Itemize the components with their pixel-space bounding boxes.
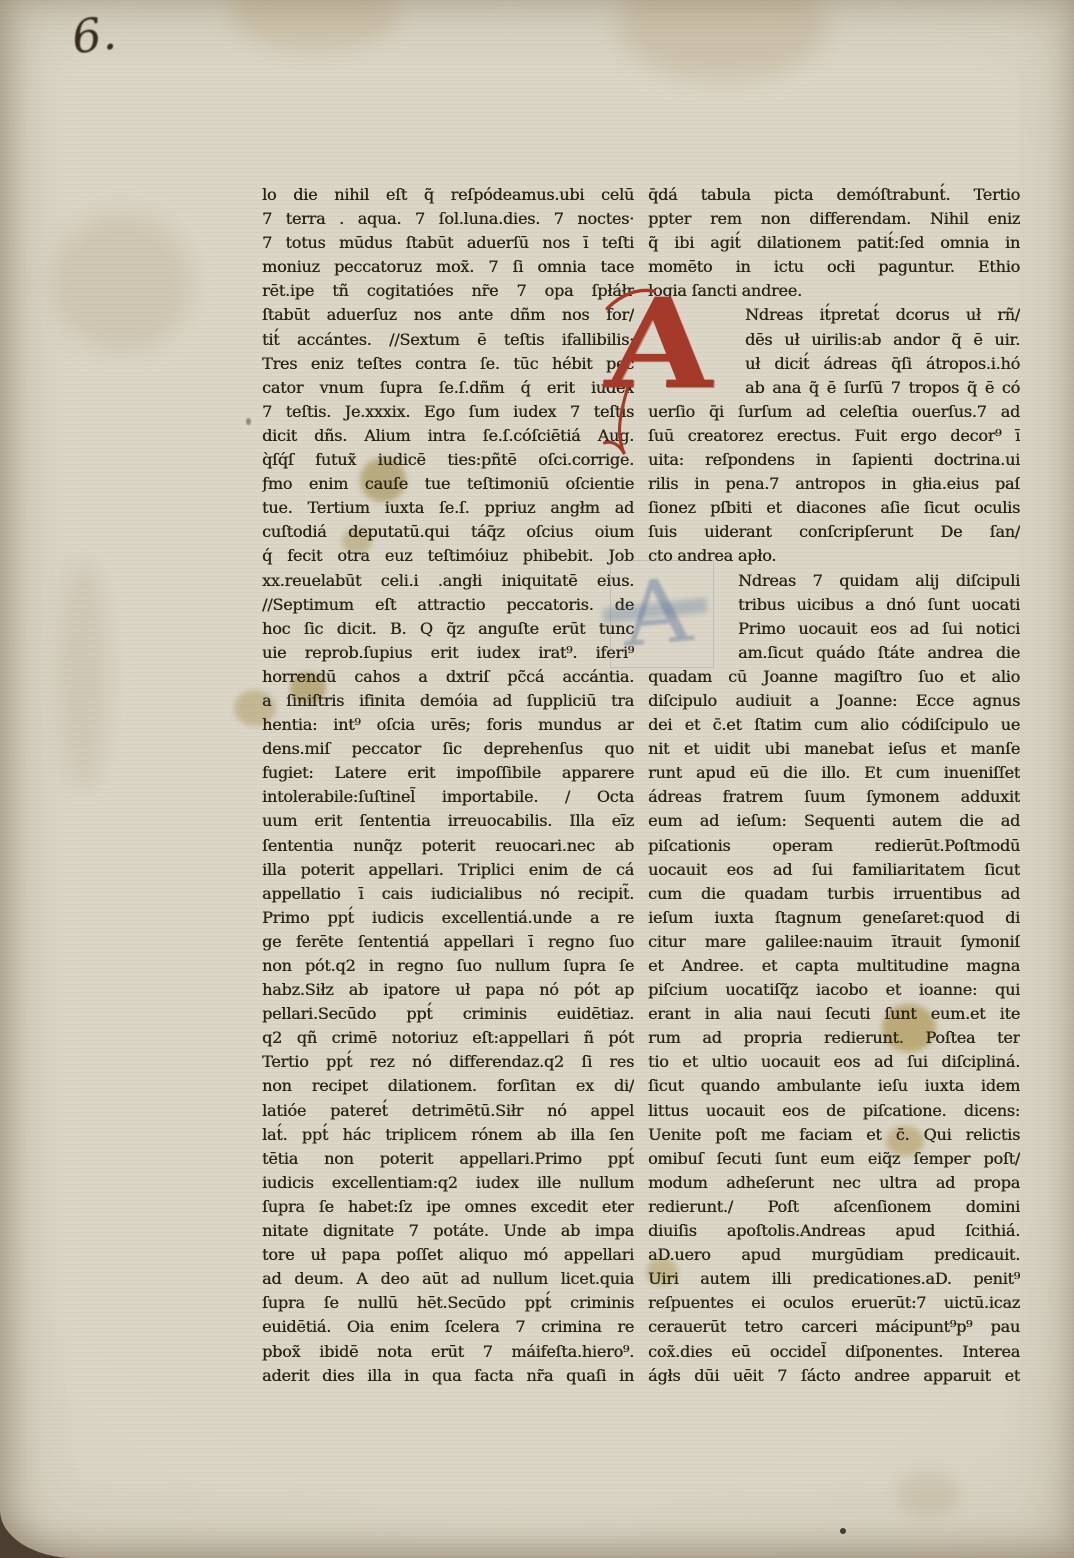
text-line: q̄dá tabula picta demóſtrabunt́. Tertio (648, 183, 1020, 207)
text-line: rēt.ipe tñ cogitatióes nr̃e 7 opa ſpłáłr (262, 279, 634, 303)
text-line: ieſum iuxta ſtagnum geneſaret:quod di (648, 906, 1020, 930)
text-line: illa poterit appellari. Triplici enim de… (262, 858, 634, 882)
text-line: reſpuentes ei oculos eruerūt:7 uictū.ica… (648, 1291, 1020, 1315)
text-line: ágłs dūi uēit 7 ſácto andree apparuit et (648, 1364, 1020, 1388)
ghost-initial-letter: A (618, 560, 695, 666)
text-line: non recipet dilationem. forſitan ex di/ (262, 1074, 634, 1098)
text-line: dicit dñs. Alium intra ſe.ſ.cóſciētiá Au… (262, 424, 634, 448)
text-line: diuiſis apoſtolis.Andreas apud ſcithiá. (648, 1219, 1020, 1243)
text-line: littus uocauit eos de piſcatione. dicens… (648, 1099, 1020, 1123)
text-line: 7 teſtis. Je.xxxix. Ego ſum iudex 7 teſt… (262, 400, 634, 424)
text-line: ſicut quando ambulante ieſu iuxta idem (648, 1074, 1020, 1098)
text-line: cator vnum ſupra ſe.ſ.dñm q́ erit iudex (262, 376, 634, 400)
text-line: tue. Tertium iuxta ſe.ſ. ppriuz angłm ad (262, 496, 634, 520)
text-line: q2 qñ crimē notoriuz eſt:appellari ñ pót (262, 1026, 634, 1050)
text-line: eum ad ieſum: Sequenti autem die ad (648, 809, 1020, 833)
text-line: appellatio ī cais iudicialibus nó recipi… (262, 882, 634, 906)
text-line: tore uł papa poſſet aliquo mó appellari (262, 1243, 634, 1267)
text-line: nitate dignitate 7 potáte. Unde ab impa (262, 1219, 634, 1243)
text-line: omibuſ ſecuti ſunt eum eiq̃z ſemper poſt… (648, 1147, 1020, 1171)
text-line: ſententia nunq̃z poterit reuocari.nec ab (262, 834, 634, 858)
text-line: nit et uidit ubi manebat ieſus et manſe (648, 737, 1020, 761)
text-line: ſtabūt aduerſuz nos ante dñm nos for/ (262, 303, 634, 327)
text-line: cum die quadam turbis irruentibus ad (648, 882, 1020, 906)
text-line: hoc ſic dicit. B. Q q̃z anguſte erūt tun… (262, 617, 634, 641)
rubricated-initial-A: A (602, 286, 732, 486)
text-line: piſcium uocatiſq̃z iacobo et ioanne: qui (648, 978, 1020, 1002)
text-line: hentia: int⁹ oſcia urēs; foris mundus ar (262, 713, 634, 737)
text-line: uocauit eos ad ſui familiaritatem ſicut (648, 858, 1020, 882)
text-line: ſupra ſe habet:ſz ipe omnes excedit eter (262, 1195, 634, 1219)
text-line: modum adheſerunt nec ultra ad propa (648, 1171, 1020, 1195)
text-line: pbox̃ ibidē nota erūt 7 máifeſta.hiero⁹. (262, 1340, 634, 1364)
text-line: ge ferēte ſententiá appellari ī regno ſu… (262, 930, 634, 954)
text-line: euidētiá. Oia enim ſcelera 7 crimina re (262, 1315, 634, 1339)
text-line: ƒmo enim cauſe tue teſtimoniū oſcientie (262, 472, 634, 496)
text-line: ádreas fratrem ſuum ſymonem adduxit (648, 785, 1020, 809)
text-line: dei et c̄.et ſtatim cum alio códiſcipulo… (648, 713, 1020, 737)
text-line: et Andree. et capta multitudine magna (648, 954, 1020, 978)
text-line: fugiet: Latere erit impoſſibile apparere (262, 761, 634, 785)
ghost-initial-A: A (610, 560, 714, 668)
text-line: runt apud eū die illo. Et cum inueniſſet (648, 761, 1020, 785)
text-line: habz.Siłz ab ipatore uł papa nó pót ap (262, 978, 634, 1002)
text-line: latióe pateret́ detrimētū.Siłr nó appel (262, 1099, 634, 1123)
text-line: cuſtodiá deputatū.qui táq̃z oſcius oium (262, 520, 634, 544)
text-line: ppter rem non differendam. Nihil eniz (648, 207, 1020, 231)
text-line: Uiri autem illi predicationes.aD. penit⁹ (648, 1267, 1020, 1291)
text-line: ſuis uiderant conſcripſerunt De ſan/ (648, 520, 1020, 544)
text-line: pellari.Secūdo ppt́ criminis euidētiaz. (262, 1002, 634, 1026)
text-line: 7 terra . aqua. 7 ſol.luna.dies. 7 nocte… (262, 207, 634, 231)
text-line: q̀ſq́ſ futux̃ iudicē ties:pñtē oſci.corr… (262, 448, 634, 472)
text-line: diſcipulo audiuit a Joanne: Ecce agnus (648, 689, 1020, 713)
text-line: tētia non poterit appellari.Primo ppt́ (262, 1147, 634, 1171)
text-line: aderit dies illa in qua facta nr̃a quaſi… (262, 1364, 634, 1388)
text-line: moniuz peccatoruz mox̃. 7 ſi omnia tace (262, 255, 634, 279)
text-line: //Septimum eſt attractio peccatoris. de (262, 593, 634, 617)
text-line: intolerabile:ſuſtinel̃ importabile. / Oc… (262, 785, 634, 809)
text-line: xx.reuelabūt celi.i .angłi iniquitatē ei… (262, 569, 634, 593)
text-line: ſionez pſbiti et diacones aſie ſicut ocu… (648, 496, 1020, 520)
text-line: non pót.q2 in regno ſuo nullum ſupra ſe (262, 954, 634, 978)
text-line: cox̃.dies eū occidel̃ diſponentes. Inter… (648, 1340, 1020, 1364)
left-text-column: lo die nihil eſt q̃ reſpódeamus.ubi celū… (262, 183, 634, 1388)
text-line: Tres eniz teſtes contra ſe. tūc hébit pe… (262, 352, 634, 376)
text-line: uie reprob.ſupius erit iudex irat⁹. ifer… (262, 641, 634, 665)
text-line: 7 totus mūdus ſtabūt aduerſū nos ī teſti (262, 231, 634, 255)
text-line: piſcationis operam redierūt.Poſtmodū (648, 834, 1020, 858)
text-line: ſupra ſe nullū hēt.Secūdo ppt́ criminis (262, 1291, 634, 1315)
text-line: q́ fecit otra euz teſtimóiuz phibebit. J… (262, 544, 634, 568)
initial-flourish-icon (602, 286, 732, 459)
text-line: rum ad propria redierunt. Poſtea ter (648, 1026, 1020, 1050)
text-line: uum erit ſententia irreuocabilis. Illa e… (262, 809, 634, 833)
text-line: tio et ultio uocauit eos ad ſui diſcipli… (648, 1050, 1020, 1074)
text-line: dens.miſ peccator ſic deprehenſus quo (262, 737, 634, 761)
text-line: a ſiniſtris ifinita demóia ad ſuppliciū … (262, 689, 634, 713)
book-photo: 6. lo die nihil eſt q̃ reſpódeamus.ubi c… (0, 0, 1074, 1558)
text-line: lo die nihil eſt q̃ reſpódeamus.ubi celū (262, 183, 634, 207)
text-line: erant in alia naui ſecuti ſunt eum.et it… (648, 1002, 1020, 1026)
text-line: cerauerūt tetro carceri mácipunt⁹p⁹ pau (648, 1315, 1020, 1339)
text-line: Tertio ppt́ rez nó differendaz.q2 ſi res (262, 1050, 634, 1074)
text-line: iudicis excellentiam:q2 iudex ille nullu… (262, 1171, 634, 1195)
text-line: horrendū cahos a dxtriſ pc̃cá accántia. (262, 665, 634, 689)
text-line: ad deum. A deo aūt ad nullum licet.quia (262, 1267, 634, 1291)
folio-number-annotation: 6. (69, 6, 119, 65)
text-line: Primo ppt́ iudicis excellentiá.unde a re (262, 906, 634, 930)
text-line: aD.uero apud murgūdiam predicauit. (648, 1243, 1020, 1267)
text-line: Uenite poſt me faciam et c̄. Qui relicti… (648, 1123, 1020, 1147)
text-line: quadam cū Joanne magiſtro ſuo et alio (648, 665, 1020, 689)
text-line: lat́. ppt́ hác triplicem rónem ab illa ſ… (262, 1123, 634, 1147)
text-line: q̃ ibi agit́ dilationem patit́:ſed omnia… (648, 231, 1020, 255)
text-line: citur mare galilee:nauim ītrauit ſymoniſ (648, 930, 1020, 954)
text-line: redierunt./ Poſt aſcenſionem domini (648, 1195, 1020, 1219)
text-line: tit́ accántes. //Sextum ē teſtis ifallib… (262, 328, 634, 352)
